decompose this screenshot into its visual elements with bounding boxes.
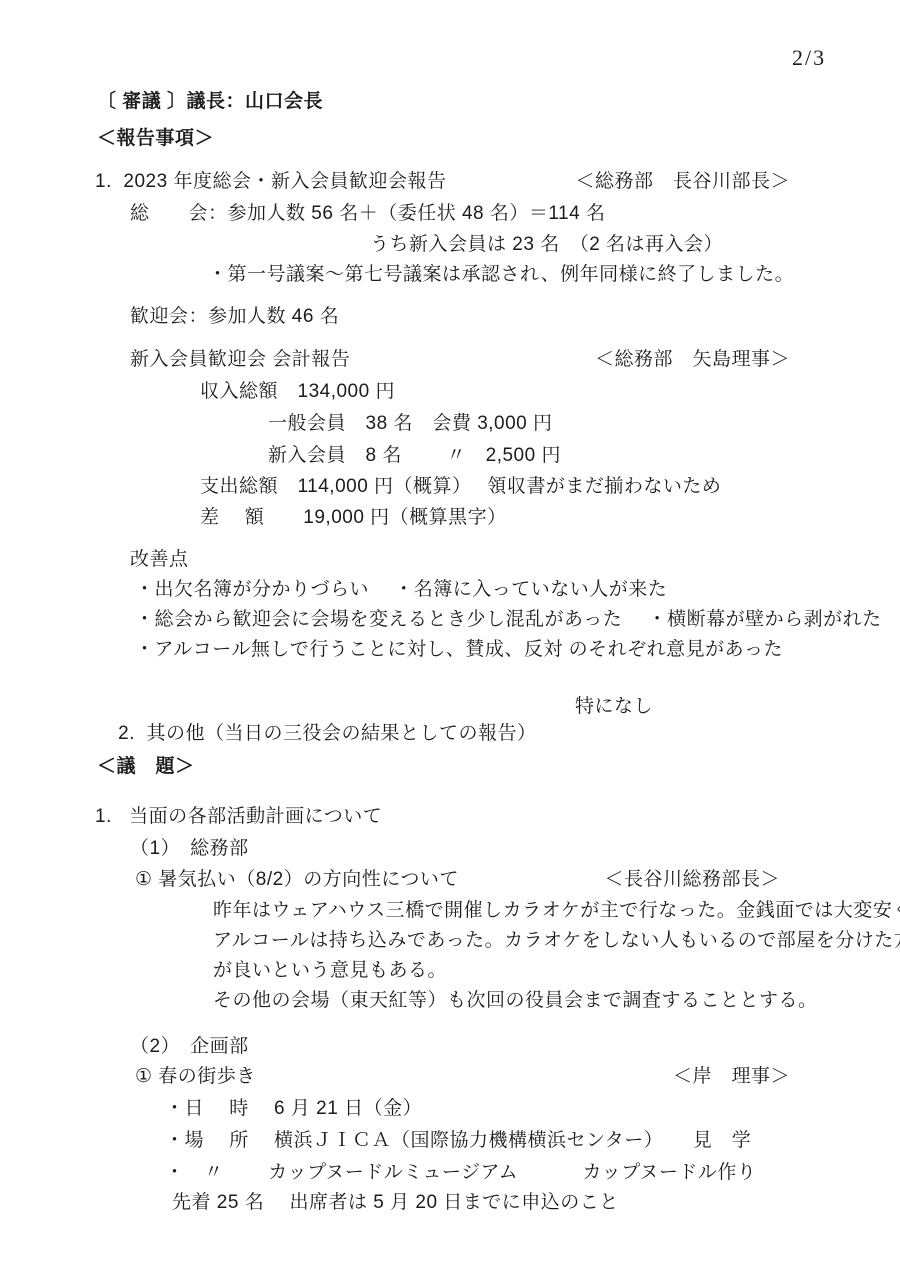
agenda-sub1-topic1-para4: その他の会場（東天紅等）も次回の役員会まで調査することとする。 xyxy=(213,987,818,1014)
general-meeting-attendance: 総 会：参加人数 56 名＋（委任状 48 名）＝114 名 xyxy=(130,200,605,227)
agenda-sub2-topic1-title: ① 春の街歩き xyxy=(135,1063,256,1090)
welcome-party-attendance: 歓迎会：参加人数 46 名 xyxy=(130,303,339,330)
report-section-heading: ＜報告事項＞ xyxy=(97,125,214,152)
walk-event-note: 先着 25 名 出席者は 5 月 20 日までに申込のこと xyxy=(172,1189,619,1216)
accounting-title-line: 新入会員歓迎会 会計報告 ＜総務部 矢島理事＞ xyxy=(130,346,790,373)
accounting-presenter: ＜総務部 矢島理事＞ xyxy=(595,346,790,373)
agenda-sub1-topic1-para1: 昨年はウェアハウス三橋で開催しカラオケが主で行なった。金銭面では大変安く xyxy=(213,897,900,924)
agenda-sub1-topic1-line: ① 暑気払い（8/2）の方向性について ＜長谷川総務部長＞ xyxy=(135,866,780,893)
agenda-sub1-topic1-title: ① 暑気払い（8/2）の方向性について xyxy=(135,866,459,893)
improvements-heading: 改善点 xyxy=(130,546,189,573)
deliberation-heading: 〔 審議 〕議長：山口会長 xyxy=(97,88,323,115)
agenda-sub1-topic1-para2: アルコールは持ち込みであった。カラオケをしない人もいるので部屋を分けた方 xyxy=(213,927,900,954)
agenda-sub1-title: （1） 総務部 xyxy=(130,835,249,862)
agenda-section-heading: ＜議 題＞ xyxy=(97,753,195,780)
proposals-result: ・第一号議案～第七号議案は承認され、例年同様に終了しました。 xyxy=(208,261,794,288)
improvement-point-3: ・アルコール無しで行うことに対し、賛成、反対 のそれぞれ意見があった xyxy=(135,636,783,663)
report-item1-title-line: 1. 2023 年度総会・新入会員歓迎会報告 ＜総務部 長谷川部長＞ xyxy=(95,168,790,195)
walk-event-place-1: ・場 所 横浜ＪＩＣＡ（国際協力機構横浜センター） 見 学 xyxy=(165,1127,751,1154)
report-item2-line: 2. 其の他（当日の三役会の結果としての報告） 特になし xyxy=(95,693,840,801)
walk-event-place-2: ・ 〃 カップヌードルミュージアム カップヌードル作り xyxy=(165,1159,756,1186)
report-item2-title: 2. 其の他（当日の三役会の結果としての報告） xyxy=(118,723,536,744)
income-general-members: 一般会員 38 名 会費 3,000 円 xyxy=(268,410,553,437)
walk-event-date: ・日 時 6 月 21 日（金） xyxy=(165,1095,422,1122)
expense-total: 支出総額 114,000 円（概算） 領収書がまだ揃わないため xyxy=(200,473,721,500)
document-page: 2/3 〔 審議 〕議長：山口会長 ＜報告事項＞ 1. 2023 年度総会・新入… xyxy=(0,0,900,1272)
agenda-sub2-topic1-line: ① 春の街歩き ＜岸 理事＞ xyxy=(135,1063,790,1090)
agenda-item1-title: 1. 当面の各部活動計画について xyxy=(95,803,382,830)
income-total: 収入総額 134,000 円 xyxy=(200,378,395,405)
improvement-point-1: ・出欠名簿が分かりづらい ・名簿に入っていない人が来た xyxy=(135,576,667,603)
new-members-count: うち新入会員は 23 名 （2 名は再入会） xyxy=(370,231,723,258)
accounting-title: 新入会員歓迎会 会計報告 xyxy=(130,346,350,373)
agenda-sub2-topic1-presenter: ＜岸 理事＞ xyxy=(673,1063,790,1090)
agenda-sub1-topic1-para3: が良いという意見もある。 xyxy=(213,957,447,984)
report-item1-title: 1. 2023 年度総会・新入会員歓迎会報告 xyxy=(95,168,446,195)
page-number: 2/3 xyxy=(792,44,826,71)
agenda-sub1-topic1-presenter: ＜長谷川総務部長＞ xyxy=(604,866,780,893)
report-item1-presenter: ＜総務部 長谷川部長＞ xyxy=(575,168,790,195)
agenda-sub2-title: （2） 企画部 xyxy=(130,1033,249,1060)
report-item2-result: 特になし xyxy=(575,693,653,720)
balance-amount: 差 額 19,000 円（概算黒字） xyxy=(200,504,507,531)
improvement-point-2: ・総会から歓迎会に会場を変えるとき少し混乱があった ・横断幕が壁から剥がれた xyxy=(135,606,882,633)
income-new-members: 新入会員 8 名 〃 2,500 円 xyxy=(268,442,561,469)
